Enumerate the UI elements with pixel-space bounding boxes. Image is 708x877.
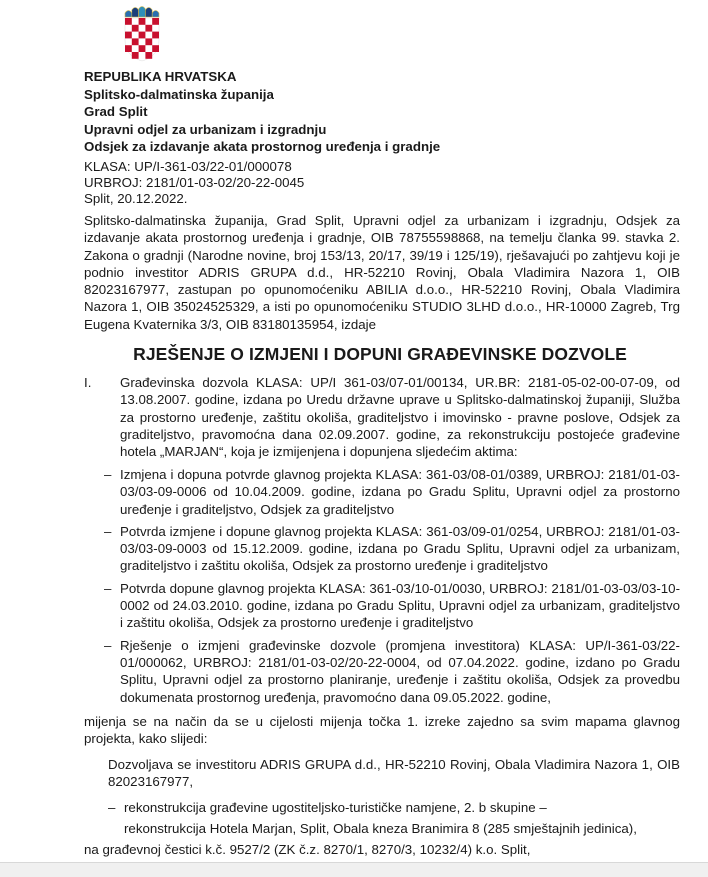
header-line: REPUBLIKA HRVATSKA [84,68,440,86]
intro-paragraph: Splitsko-dalmatinska županija, Grad Spli… [84,212,680,333]
title-text: RJEŠENJE O IZMJENI I DOPUNI GRAĐEVINSKE … [133,344,627,365]
dash-marker: – [104,637,111,654]
section-number: I. [84,374,91,391]
klasa: KLASA: UP/I-361-03/22-01/000078 [84,159,304,175]
document-meta: KLASA: UP/I-361-03/22-01/000078 URBROJ: … [84,159,304,207]
place-date: Split, 20.12.2022. [84,191,304,207]
list-item: –Potvrda dopune glavnog projekta KLASA: … [104,580,680,632]
urbroj: URBROJ: 2181/01-03-02/20-22-0045 [84,175,304,191]
dash-marker: – [104,466,111,483]
section-1: I. Građevinska dozvola KLASA: UP/I 361-0… [84,374,680,460]
header-line: Splitsko-dalmatinska županija [84,86,440,104]
header-line: Grad Split [84,103,440,121]
issuer-header: REPUBLIKA HRVATSKA Splitsko-dalmatinska … [84,68,440,156]
document-title: RJEŠENJE O IZMJENI I DOPUNI GRAĐEVINSKE … [0,344,708,365]
reconstruction-line: rekonstrukcija Hotela Marjan, Split, Oba… [108,818,680,839]
grant-paragraph: Dozvoljava se investitoru ADRIS GRUPA d.… [108,756,680,791]
list-item: –Rješenje o izmjeni građevinske dozvole … [104,637,680,706]
section-1-text: Građevinska dozvola KLASA: UP/I 361-03/0… [120,374,680,460]
dash-marker: – [104,580,111,597]
reconstruction-block: –rekonstrukcija građevine ugostiteljsko-… [108,797,680,860]
header-line: Odsjek za izdavanje akata prostornog ure… [84,138,440,156]
parcel-line: na građevnoj čestici k.č. 9527/2 (ZK č.z… [84,839,680,860]
list-item: –Izmjena i dopuna potvrde glavnog projek… [104,466,680,518]
reconstruction-line: rekonstrukcija građevine ugostiteljsko-t… [124,800,547,815]
amendment-paragraph: mijenja se na način da se u cijelosti mi… [84,713,680,748]
croatian-coat-of-arms-icon [122,4,162,62]
amendment-list: –Izmjena i dopuna potvrde glavnog projek… [104,466,680,711]
header-line: Upravni odjel za urbanizam i izgradnju [84,121,440,139]
dash-marker: – [104,523,111,540]
document-page: REPUBLIKA HRVATSKA Splitsko-dalmatinska … [0,0,708,863]
list-item: –Potvrda izmjene i dopune glavnog projek… [104,523,680,575]
dash-marker: – [108,797,115,818]
